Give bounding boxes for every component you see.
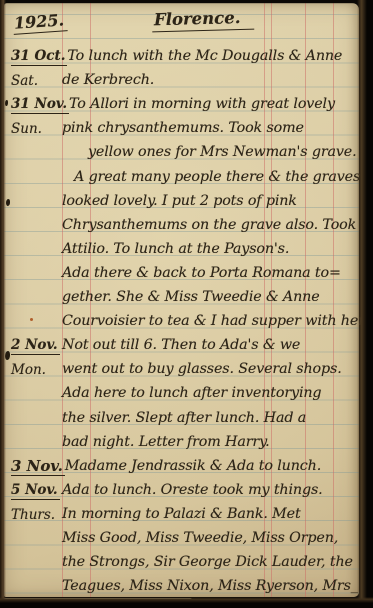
entry-margin-text: 2 Nov. (11, 337, 60, 355)
entry-margin-text: 31 Oct. (11, 48, 67, 66)
entry-date: 31 Nov. (4, 93, 69, 114)
diary-line: gether. She & Miss Tweedie & Anne (4, 283, 357, 307)
diary-line: Thurs.In morning to Palazi & Bank. Met (4, 500, 357, 524)
entry-text: Teagues, Miss Nixon, Miss Ryerson, Mrs_ (62, 576, 358, 596)
diary-line: 2 Nov.Not out till 6. Then to Ada's & we (4, 331, 357, 355)
entry-day (4, 168, 62, 187)
diary-rows: 31 Oct.To lunch with the Mc Dougalls & A… (4, 42, 357, 596)
entry-text: went out to buy glasses. Several shops. (62, 359, 357, 379)
entry-day (4, 288, 62, 307)
photo-edge-bottom (0, 597, 373, 608)
entry-text: de Kerbrech. (62, 70, 357, 90)
entry-date: 31 Oct. (4, 45, 67, 66)
entry-margin-text: Sat. (11, 73, 38, 90)
photo-edge-right (357, 0, 373, 608)
entry-day: Mon. (4, 359, 62, 379)
photo-edge-left (0, 0, 6, 608)
entry-day (4, 216, 62, 235)
diary-line: the Strongs, Sir George Dick Lauder, the (4, 548, 357, 572)
entry-text: pink chrysanthemums. Took some (62, 118, 357, 138)
entry-margin-text: 5 Nov. (11, 482, 60, 500)
entry-text: bad night. Letter from Harry. (62, 432, 357, 452)
diary-line: Sat.de Kerbrech. (4, 66, 357, 90)
entry-day (4, 529, 62, 548)
page-title: Florence. (152, 8, 255, 33)
entry-day (4, 577, 62, 596)
diary-line: Courvoisier to tea & I had supper with h… (4, 307, 357, 331)
diary-line: yellow ones for Mrs Newman's grave. (4, 138, 357, 162)
diary-line: the silver. Slept after lunch. Had a (4, 403, 357, 427)
diary-photo: 1925. Florence. 31 Oct.To lunch with the… (0, 0, 373, 608)
diary-line: Attilio. To lunch at the Payson's. (4, 235, 357, 259)
entry-day (4, 143, 62, 162)
diary-line: Ada here to lunch after inventorying (4, 379, 357, 403)
entry-date: 2 Nov. (4, 334, 62, 355)
entry-text: yellow ones for Mrs Newman's grave. (62, 142, 357, 162)
entry-text: Chrysanthemums on the grave also. Took (62, 215, 357, 235)
diary-line: 3 Nov.Madame Jendrassik & Ada to lunch. (4, 452, 357, 476)
entry-text: In morning to Palazi & Bank. Met (62, 504, 357, 524)
paper-speck (30, 318, 33, 321)
diary-line: bad night. Letter from Harry. (4, 428, 357, 452)
diary-line: Chrysanthemums on the grave also. Took (4, 211, 357, 235)
entry-day: Thurs. (4, 504, 62, 524)
entry-text: Madame Jendrassik & Ada to lunch. (65, 456, 357, 476)
entry-day (4, 409, 62, 428)
entry-margin-text: 31 Nov. (11, 96, 69, 114)
entry-text: Courvoisier to tea & I had supper with h… (62, 311, 368, 331)
entry-text: gether. She & Miss Tweedie & Anne (62, 287, 357, 307)
diary-line: Miss Good, Miss Tweedie, Miss Orpen, (4, 524, 357, 548)
diary-line: A great many people there & the graves (4, 162, 357, 186)
entry-day (4, 553, 62, 572)
entry-day (4, 264, 62, 283)
page-year: 1925. (12, 10, 67, 35)
entry-text: looked lovely. I put 2 pots of pink (62, 191, 357, 211)
diary-line: 31 Oct.To lunch with the Mc Dougalls & A… (4, 42, 357, 66)
diary-line: 5 Nov.Ada to lunch. Oreste took my thing… (4, 476, 357, 500)
entry-text: Ada here to lunch after inventorying (62, 383, 357, 403)
entry-text: To lunch with the Mc Dougalls & Anne (67, 46, 357, 66)
diary-line: 31 Nov.To Allori in morning with great l… (4, 90, 357, 114)
entry-date: 5 Nov. (4, 479, 62, 500)
entry-text: Ada there & back to Porta Romana to= (62, 263, 357, 283)
entry-text: Attilio. To lunch at the Payson's. (62, 239, 357, 259)
diary-line: Mon.went out to buy glasses. Several sho… (4, 355, 357, 379)
notebook-page: 1925. Florence. 31 Oct.To lunch with the… (4, 3, 359, 597)
entry-margin-text: Mon. (11, 362, 46, 379)
diary-line: Sun.pink chrysanthemums. Took some (4, 114, 357, 138)
entry-text: A great many people there & the graves (62, 167, 360, 187)
entry-text: the Strongs, Sir George Dick Lauder, the (62, 552, 357, 572)
entry-margin-text: Thurs. (11, 507, 55, 524)
diary-line: Teagues, Miss Nixon, Miss Ryerson, Mrs_ (4, 572, 357, 596)
entry-day (4, 192, 62, 211)
entry-day (4, 433, 62, 452)
diary-line: looked lovely. I put 2 pots of pink (4, 187, 357, 211)
entry-text: Ada to lunch. Oreste took my things. (62, 480, 357, 500)
entry-date: 3 Nov. (4, 456, 65, 476)
entry-text: Not out till 6. Then to Ada's & we (62, 335, 357, 355)
entry-margin-text: Sun. (11, 121, 42, 138)
diary-line: Ada there & back to Porta Romana to= (4, 259, 357, 283)
entry-day (4, 312, 62, 331)
entry-day (4, 384, 62, 403)
entry-margin-text: 3 Nov. (11, 458, 65, 476)
entry-day (4, 240, 62, 259)
entry-text: To Allori in morning with great lovely (69, 94, 357, 114)
entry-day: Sat. (4, 70, 62, 90)
entry-text: the silver. Slept after lunch. Had a (62, 408, 357, 428)
entry-text: Miss Good, Miss Tweedie, Miss Orpen, (62, 528, 357, 548)
entry-day: Sun. (4, 118, 62, 138)
photo-edge-top (0, 0, 373, 4)
